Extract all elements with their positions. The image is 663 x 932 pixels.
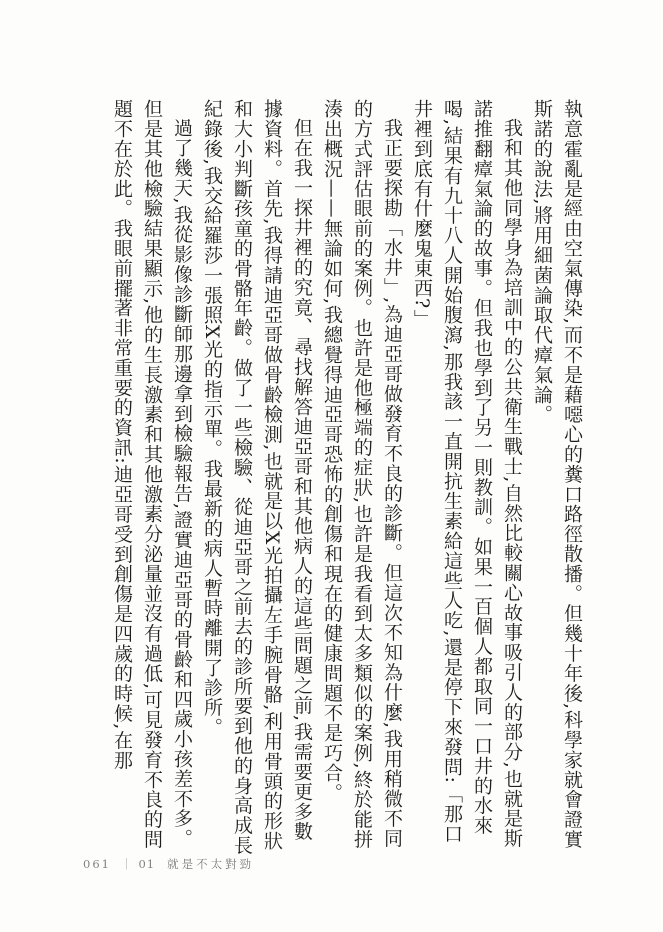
chapter-number: 01 — [138, 857, 155, 871]
footer-separator: ｜ — [121, 857, 133, 871]
paragraph: 執意霍亂是經由空氣傳染,而不是藉噁心的糞口路徑散播。但幾十年後,科學家就會證實斯… — [527, 99, 587, 856]
body-text: 執意霍亂是經由空氣傳染,而不是藉噁心的糞口路徑散播。但幾十年後,科學家就會證實斯… — [107, 99, 587, 856]
book-page: 執意霍亂是經由空氣傳染,而不是藉噁心的糞口路徑散播。但幾十年後,科學家就會證實斯… — [0, 0, 663, 932]
paragraph: 過了幾天,我從影像診斷師那邊拿到檢驗報告,證實迪亞哥的骨齡和四歲小孩差不多。但是… — [107, 99, 197, 856]
chapter-title: 就是不太對勁 — [167, 857, 254, 871]
paragraph: 但在我一探井裡的究竟、尋找解答迪亞哥和其他病人的這些問題之前,我需要更多數據資料… — [197, 99, 317, 856]
paragraph: 我正要探勘「水井」,為迪亞哥做發育不良的診斷。但這次不知為什麼,我用稍微不同的方… — [317, 99, 407, 856]
page-footer: 061 ｜ 01 就是不太對勁 — [83, 857, 254, 871]
paragraph: 我和其他同學身為培訓中的公共衛生戰士,自然比較關心故事吸引人的部分,也就是斯諾推… — [407, 99, 527, 856]
page-number: 061 — [83, 857, 111, 871]
